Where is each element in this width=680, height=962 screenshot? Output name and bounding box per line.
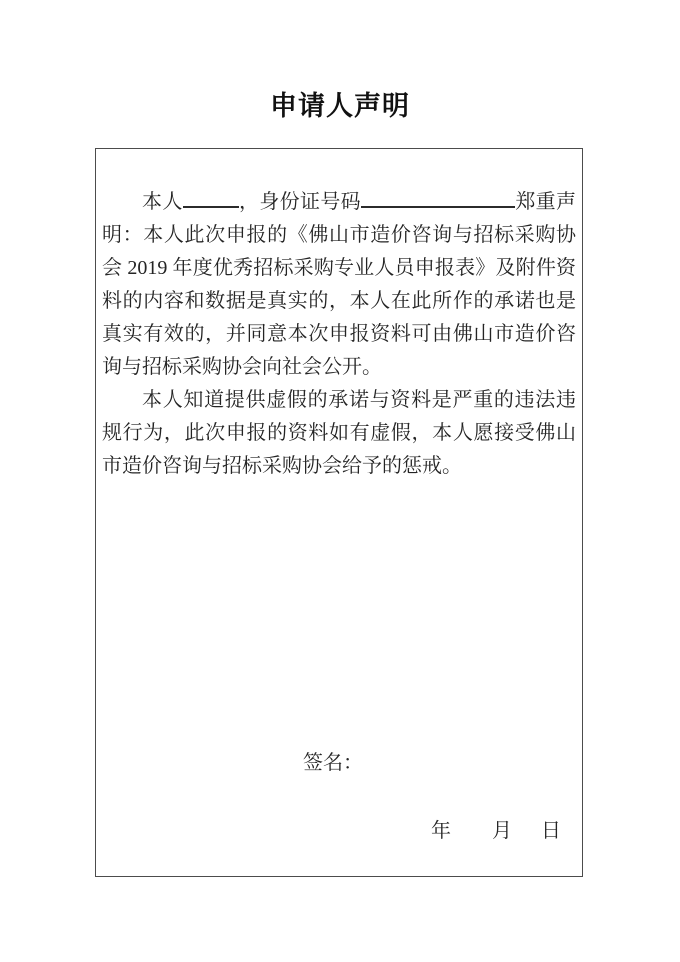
date-row: 年 月 日	[431, 818, 561, 844]
name-blank-line	[183, 187, 239, 208]
date-year-label: 年	[431, 820, 451, 842]
document-page: 申请人声明 本人，身份证号码郑重声明：本人此次申报的《佛山市造价咨询与招标采购协…	[0, 0, 680, 962]
para1-separator: ，	[239, 191, 260, 213]
date-month-label: 月	[492, 820, 512, 842]
declaration-paragraph-2: 本人知道提供虚假的承诺与资料是严重的违法违规行为，此次申报的资料如有虚假，本人愿…	[102, 384, 576, 483]
date-day-label: 日	[541, 820, 561, 842]
signature-label: 签名：	[303, 752, 363, 774]
para1-lead: 本人	[142, 191, 183, 213]
signature-row: 签名：	[303, 750, 363, 776]
para1-id-label: 身份证号码	[259, 191, 361, 213]
declaration-paragraph-1: 本人，身份证号码郑重声明：本人此次申报的《佛山市造价咨询与招标采购协会 2019…	[102, 186, 576, 384]
page-title: 申请人声明	[0, 84, 680, 123]
id-number-blank-line	[361, 187, 515, 208]
declaration-box: 本人，身份证号码郑重声明：本人此次申报的《佛山市造价咨询与招标采购协会 2019…	[95, 148, 583, 877]
para1-body-text: 郑重声明：本人此次申报的《佛山市造价咨询与招标采购协会 2019 年度优秀招标采…	[102, 191, 576, 378]
